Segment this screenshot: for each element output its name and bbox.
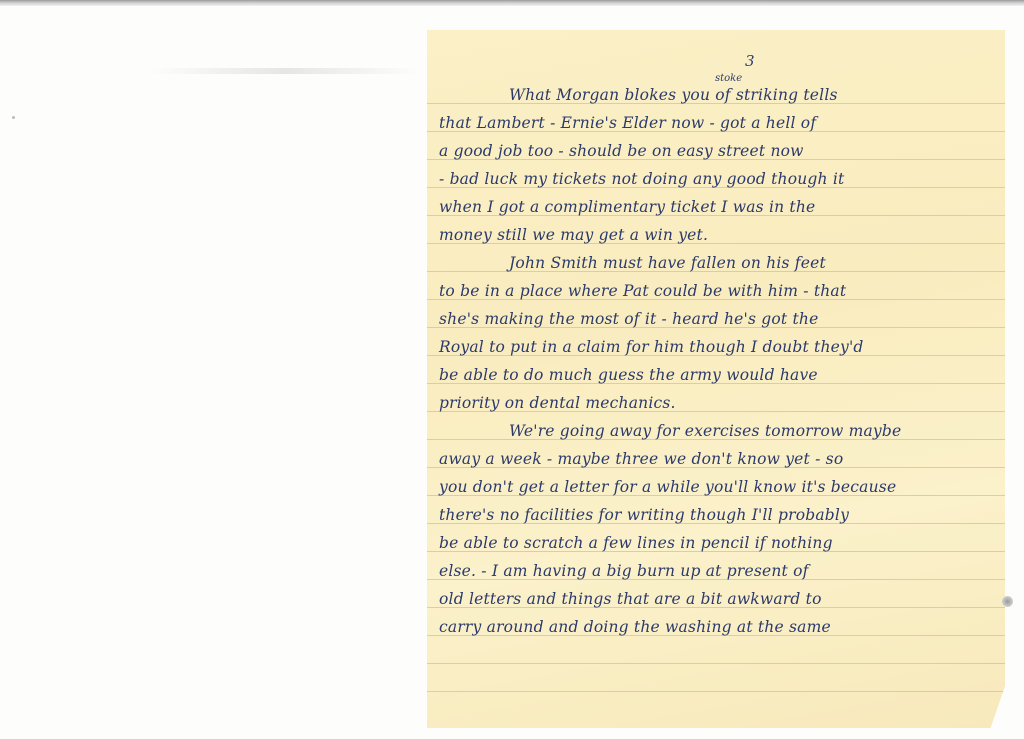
handwritten-line: to be in a place where Pat could be with… [439,281,995,301]
handwritten-line: money still we may get a win yet. [439,225,995,245]
handwritten-line: else. - I am having a big burn up at pre… [439,561,995,581]
letter-page: 3 stoke What Morgan blokes you of striki… [427,30,1005,728]
scanner-top-edge [0,0,1024,6]
handwritten-line: you don't get a letter for a while you'l… [439,477,995,497]
handwritten-line: when I got a complimentary ticket I was … [439,197,995,217]
scan-speck [12,116,15,119]
page-number: 3 [745,52,755,70]
handwritten-line: a good job too - should be on easy stree… [439,141,995,161]
rule-line [427,691,1005,692]
handwritten-line: she's making the most of it - heard he's… [439,309,995,329]
handwritten-line: We're going away for exercises tomorrow … [509,421,995,441]
handwritten-line: that Lambert - Ernie's Elder now - got a… [439,113,995,133]
inserted-word: stoke [715,73,742,84]
handwritten-line: Royal to put in a claim for him though I… [439,337,995,357]
rule-line [427,663,1005,664]
handwritten-line: priority on dental mechanics. [439,393,995,413]
handwritten-line: What Morgan blokes you of striking tells [509,85,995,105]
handwritten-line: be able to do much guess the army would … [439,365,995,385]
handwritten-line: carry around and doing the washing at th… [439,617,995,637]
handwritten-line: away a week - maybe three we don't know … [439,449,995,469]
handwritten-line: old letters and things that are a bit aw… [439,589,995,609]
handwritten-line: be able to scratch a few lines in pencil… [439,533,995,553]
punch-hole [1002,596,1013,607]
scan-smudge [150,68,420,74]
handwritten-line: there's no facilities for writing though… [439,505,995,525]
handwritten-line: John Smith must have fallen on his feet [509,253,995,273]
handwritten-line: - bad luck my tickets not doing any good… [439,169,995,189]
